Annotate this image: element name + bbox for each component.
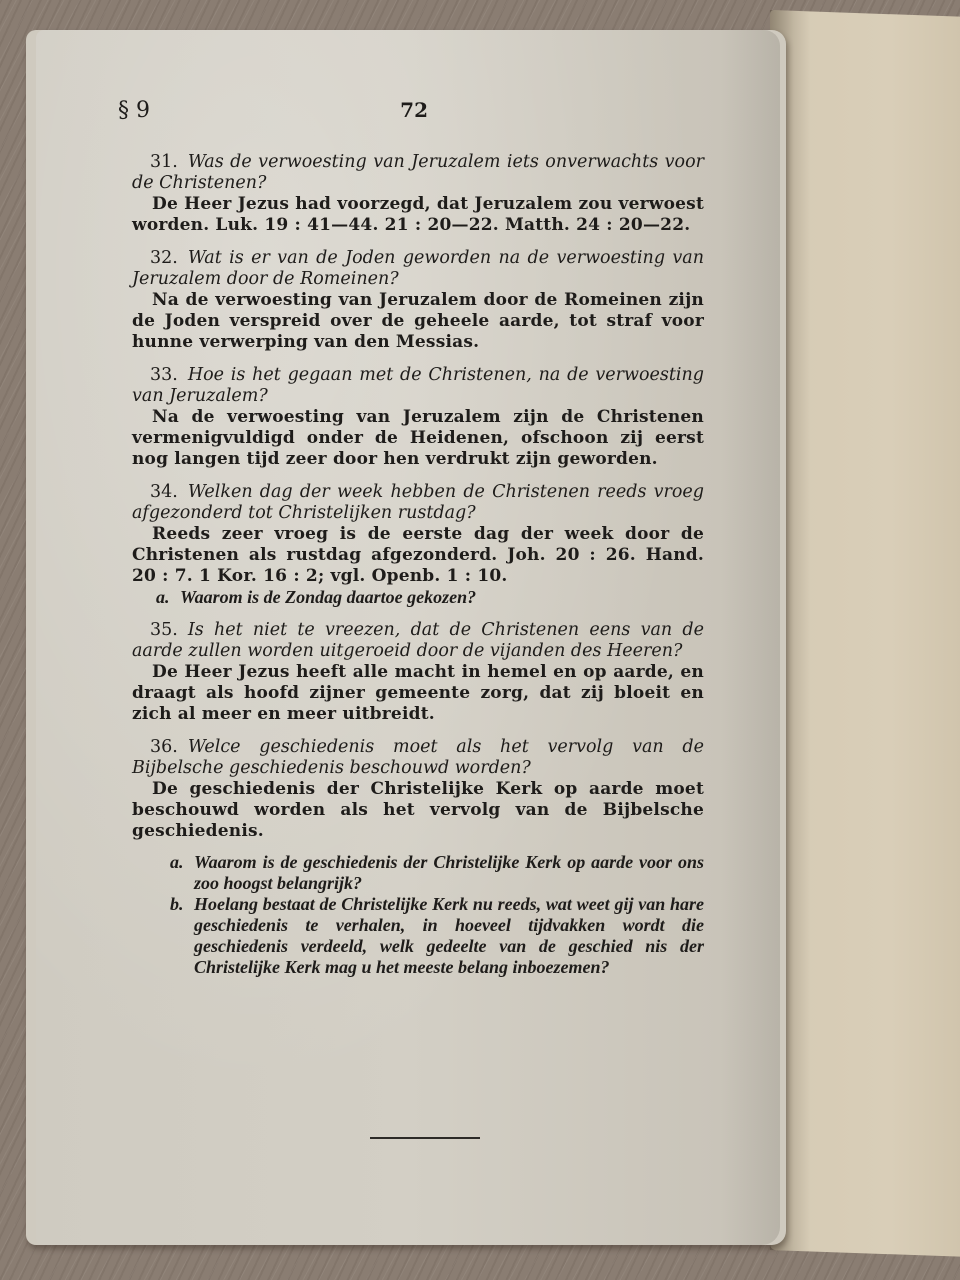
answer: Na de verwoesting van Jeruzalem door de …	[132, 290, 704, 353]
question: 34.Welken dag der week hebben de Christe…	[132, 482, 704, 524]
page-header: § 9 72	[118, 98, 428, 123]
answer-text: De geschiedenis der Christelijke Kerk op…	[132, 779, 704, 841]
sub-question-text: Waarom is de Zondag daartoe gekozen?	[180, 587, 704, 608]
answer: De Heer Jezus heeft alle macht in hemel …	[132, 662, 704, 725]
question-number: 31.	[150, 152, 178, 172]
question-number: 35.	[150, 620, 178, 640]
sub-question-text: Waarom is de geschiedenis der Christelij…	[194, 852, 704, 894]
facing-page	[770, 10, 960, 1257]
book-page: § 9 72 31.Was de verwoesting van Jeruzal…	[36, 30, 780, 1245]
answer-text: De Heer Jezus heeft alle macht in hemel …	[132, 662, 704, 724]
question: 35.Is het niet te vreezen, dat de Christ…	[132, 620, 704, 662]
sub-question: a. Waarom is de Zondag daartoe gekozen?	[132, 587, 704, 608]
qa-item-31: 31.Was de verwoesting van Jeruzalem iets…	[132, 152, 704, 236]
answer: Na de verwoesting van Jeruzalem zijn de …	[132, 407, 704, 470]
qa-item-33: 33.Hoe is het gegaan met de Christenen, …	[132, 365, 704, 470]
sub-question-list: a. Waarom is de geschiedenis der Christe…	[132, 852, 704, 978]
answer: De Heer Jezus had voorzegd, dat Jeruzale…	[132, 194, 704, 236]
qa-item-34: 34.Welken dag der week hebben de Christe…	[132, 482, 704, 608]
question: 31.Was de verwoesting van Jeruzalem iets…	[132, 152, 704, 194]
qa-item-32: 32.Wat is er van de Joden geworden na de…	[132, 248, 704, 353]
sub-question-text: Hoelang bestaat de Christelijke Kerk nu …	[194, 894, 704, 978]
answer: De geschiedenis der Christelijke Kerk op…	[132, 779, 704, 842]
qa-item-36: 36.Welce geschiedenis moet als het vervo…	[132, 737, 704, 978]
question-text: Welken dag der week hebben de Christenen…	[132, 482, 704, 523]
sub-question-letter: b.	[146, 894, 194, 978]
section-mark: § 9	[118, 98, 150, 123]
section-end-rule	[370, 1137, 480, 1139]
qa-item-35: 35.Is het niet te vreezen, dat de Christ…	[132, 620, 704, 725]
question: 36.Welce geschiedenis moet als het vervo…	[132, 737, 704, 779]
sub-question-letter: a.	[132, 587, 180, 608]
question-number: 33.	[150, 365, 178, 385]
page-number: 72	[400, 98, 428, 123]
question: 33.Hoe is het gegaan met de Christenen, …	[132, 365, 704, 407]
question: 32.Wat is er van de Joden geworden na de…	[132, 248, 704, 290]
question-text: Is het niet te vreezen, dat de Christene…	[132, 620, 704, 661]
question-text: Was de verwoesting van Jeruzalem iets on…	[132, 152, 704, 193]
answer-text: Reeds zeer vroeg is de eerste dag der we…	[132, 524, 704, 586]
question-text: Wat is er van de Joden geworden na de ve…	[132, 248, 704, 289]
page-content: 31.Was de verwoesting van Jeruzalem iets…	[132, 152, 704, 990]
question-number: 32.	[150, 248, 178, 268]
question-text: Hoe is het gegaan met de Christenen, na …	[132, 365, 704, 406]
question-number: 36.	[150, 737, 178, 757]
answer-text: Na de verwoesting van Jeruzalem door de …	[132, 290, 704, 352]
question-number: 34.	[150, 482, 178, 502]
question-text: Welce geschiedenis moet als het vervolg …	[132, 737, 704, 778]
sub-question: b. Hoelang bestaat de Christelijke Kerk …	[146, 894, 704, 978]
answer-text: De Heer Jezus had voorzegd, dat Jeruzale…	[132, 194, 704, 235]
answer: Reeds zeer vroeg is de eerste dag der we…	[132, 524, 704, 587]
sub-question: a. Waarom is de geschiedenis der Christe…	[146, 852, 704, 894]
answer-text: Na de verwoesting van Jeruzalem zijn de …	[132, 407, 704, 469]
sub-question-letter: a.	[146, 852, 194, 894]
